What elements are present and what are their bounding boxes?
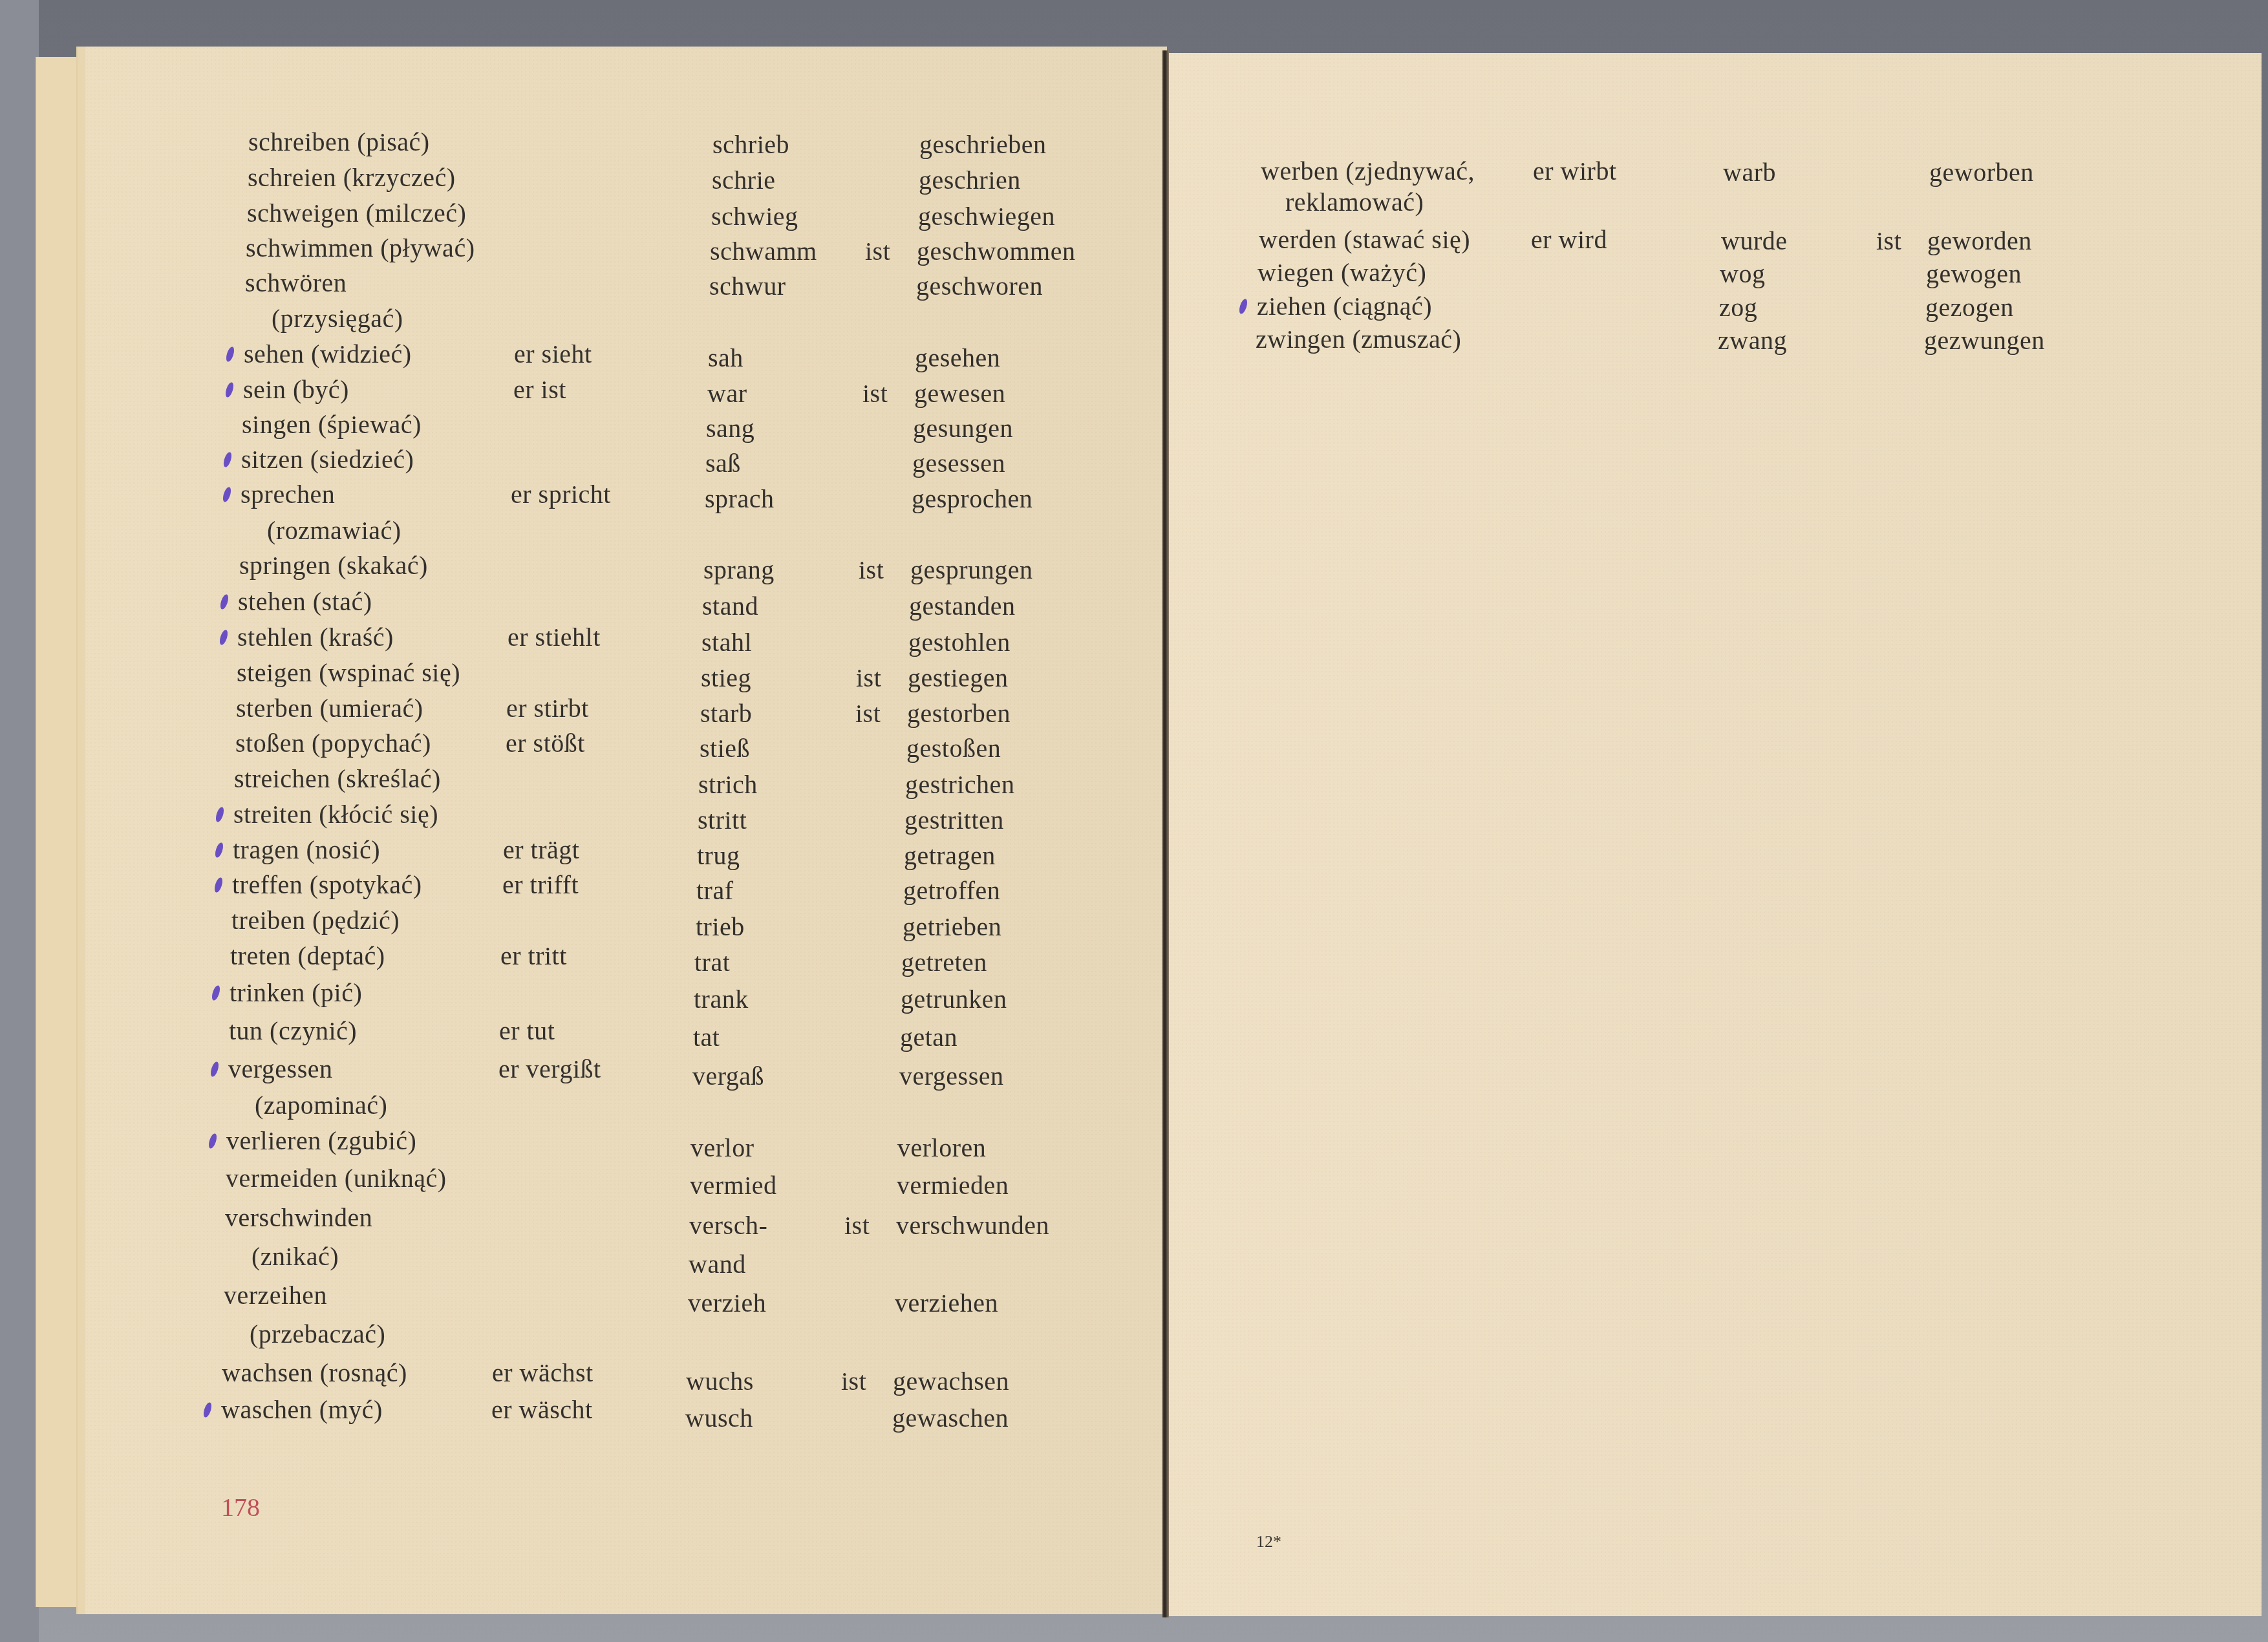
infinitive-cell: (rozmawiać) <box>267 518 401 544</box>
infinitive-cell: stoßen (popychać) <box>235 730 431 756</box>
infinitive-cell: werden (stawać się) <box>1259 227 1470 253</box>
pen-mark-icon <box>225 346 236 363</box>
past-tense-cell: traf <box>696 878 734 904</box>
past-tense-cell: schwur <box>709 273 786 299</box>
auxiliary-cell: ist <box>856 665 881 691</box>
auxiliary-cell: ist <box>841 1369 866 1394</box>
participle-cell: vergessen <box>899 1063 1004 1089</box>
participle-cell: gestrichen <box>905 772 1014 798</box>
infinitive-cell: (zapominać) <box>255 1093 387 1118</box>
past-tense-cell: starb <box>700 701 752 727</box>
pen-mark-icon <box>208 1133 219 1149</box>
infinitive-cell: treffen (spotykać) <box>232 872 422 898</box>
participle-cell: gezogen <box>1925 295 2014 321</box>
pen-mark-icon <box>219 593 230 610</box>
past-tense-cell: wog <box>1720 261 1765 287</box>
infinitive-cell: streiten (kłócić się) <box>233 802 438 827</box>
participle-cell: gestanden <box>909 593 1015 619</box>
present-tense-cell: er sieht <box>514 341 592 367</box>
infinitive-cell: streichen (skreślać) <box>234 766 441 792</box>
pen-mark-icon <box>209 1061 220 1078</box>
page-number-left: 178 <box>221 1495 260 1520</box>
present-tense-cell: er spricht <box>511 482 611 507</box>
present-tense-cell: er wächst <box>492 1360 594 1386</box>
present-tense-cell: er tut <box>499 1018 555 1044</box>
past-tense-cell: stieg <box>701 665 751 691</box>
auxiliary-cell: ist <box>859 557 884 583</box>
infinitive-cell: sterben (umierać) <box>236 696 423 721</box>
infinitive-cell: wachsen (rosnąć) <box>222 1360 407 1386</box>
participle-cell: getan <box>900 1025 957 1050</box>
past-tense-cell: trank <box>694 986 749 1012</box>
infinitive-cell: treten (deptać) <box>230 943 385 969</box>
infinitive-cell: schweigen (milczeć) <box>247 200 466 226</box>
past-tense-cell: zog <box>1719 295 1757 321</box>
past-tense-cell: zwang <box>1718 328 1787 354</box>
past-tense-cell: trieb <box>696 914 745 940</box>
participle-cell: gesprochen <box>912 486 1032 512</box>
infinitive-cell: schreiben (pisać) <box>248 129 430 155</box>
infinitive-cell: sitzen (siedzieć) <box>241 447 414 473</box>
past-tense-cell: saß <box>705 451 741 476</box>
pen-mark-icon <box>202 1402 213 1418</box>
infinitive-cell: verlieren (zgubić) <box>226 1128 416 1154</box>
infinitive-cell: verschwinden <box>225 1205 372 1231</box>
participle-cell: gestoßen <box>906 736 1001 762</box>
participle-cell: getroffen <box>903 878 1000 904</box>
participle-cell: geschwommen <box>917 239 1075 264</box>
infinitive-cell: werben (zjednywać, <box>1261 158 1475 184</box>
infinitive-cell: waschen (myć) <box>221 1397 383 1423</box>
participle-cell: gewogen <box>1926 261 2022 287</box>
participle-cell: gestritten <box>904 807 1004 833</box>
pen-mark-icon <box>211 985 222 1001</box>
infinitive-cell: (przebaczać) <box>250 1321 385 1347</box>
participle-cell: geschwiegen <box>918 204 1055 229</box>
participle-cell: getrunken <box>901 986 1007 1012</box>
past-tense-cell: versch- <box>689 1213 767 1239</box>
participle-cell: gestorben <box>907 701 1011 727</box>
participle-cell: vermieden <box>897 1173 1009 1199</box>
past-tense-cell: verzieh <box>688 1290 766 1316</box>
pen-mark-icon <box>214 842 225 858</box>
infinitive-cell: (znikać) <box>251 1244 339 1270</box>
present-tense-cell: er wird <box>1531 227 1607 253</box>
infinitive-cell: vergessen <box>228 1056 333 1082</box>
participle-cell: gezwungen <box>1924 328 2045 354</box>
pen-mark-icon <box>222 486 233 503</box>
participle-cell: getragen <box>904 843 996 869</box>
past-tense-cell: wusch <box>685 1405 753 1431</box>
present-tense-cell: er vergißt <box>498 1056 601 1082</box>
past-tense-cell: trat <box>694 950 730 976</box>
infinitive-cell: zwingen (zmuszać) <box>1256 326 1461 352</box>
infinitive-cell: singen (śpiewać) <box>242 412 422 438</box>
participle-cell: geworben <box>1929 160 2034 186</box>
infinitive-cell: sehen (widzieć) <box>244 341 412 367</box>
participle-cell: geworden <box>1927 228 2032 254</box>
past-tense-cell: vermied <box>690 1173 777 1199</box>
pen-mark-icon <box>215 806 226 823</box>
participle-cell: geschrien <box>919 167 1021 193</box>
infinitive-cell: steigen (wspinać się) <box>237 660 460 686</box>
participle-cell: gewaschen <box>892 1405 1009 1431</box>
page-number-right: 12* <box>1256 1533 1281 1550</box>
past-tense-cell: wand <box>689 1252 746 1277</box>
auxiliary-cell: ist <box>844 1213 870 1239</box>
book-gutter <box>1162 50 1169 1617</box>
present-tense-cell: er wäscht <box>491 1397 593 1423</box>
pen-mark-icon <box>222 451 233 468</box>
participle-cell: geschrieben <box>919 132 1047 158</box>
present-tense-cell: er trifft <box>502 872 579 898</box>
right-page: 12* werben (zjednywać,er wirbtwarbgeworb… <box>1169 53 2262 1616</box>
past-tense-cell: sang <box>706 416 754 442</box>
participle-cell: gewesen <box>914 381 1005 407</box>
past-tense-cell: schwieg <box>711 204 798 229</box>
pen-mark-icon <box>1238 298 1249 315</box>
infinitive-cell: treiben (pędzić) <box>231 908 400 933</box>
auxiliary-cell: ist <box>865 239 890 264</box>
participle-cell: verloren <box>897 1135 986 1161</box>
past-tense-cell: wuchs <box>686 1369 754 1394</box>
infinitive-cell: springen (skakać) <box>239 553 428 579</box>
participle-cell: getreten <box>901 950 987 976</box>
auxiliary-cell: ist <box>862 381 888 407</box>
infinitive-cell: stehen (stać) <box>238 589 372 615</box>
past-tense-cell: strich <box>698 772 758 798</box>
infinitive-cell: stehlen (kraść) <box>237 624 394 650</box>
present-tense-cell: er stößt <box>506 730 585 756</box>
auxiliary-cell: ist <box>1876 228 1901 254</box>
past-tense-cell: trug <box>697 843 740 869</box>
infinitive-cell: sein (być) <box>243 377 349 403</box>
infinitive-cell: tragen (nosić) <box>233 837 380 863</box>
infinitive-cell: vermeiden (uniknąć) <box>226 1166 447 1191</box>
present-tense-cell: er wirbt <box>1533 158 1617 184</box>
infinitive-cell: schreien (krzyczeć) <box>248 165 456 191</box>
left-page: 178 schreiben (pisać)schriebgeschriebens… <box>76 47 1167 1614</box>
participle-cell: gesprungen <box>910 557 1032 583</box>
past-tense-cell: sah <box>708 345 744 371</box>
past-tense-cell: sprang <box>703 557 775 583</box>
past-tense-cell: vergaß <box>692 1063 764 1089</box>
infinitive-cell: ziehen (ciągnąć) <box>1257 293 1432 319</box>
infinitive-cell: reklamować) <box>1285 189 1424 215</box>
infinitive-cell: sprechen <box>241 482 335 507</box>
present-tense-cell: er trägt <box>503 837 579 863</box>
past-tense-cell: schrie <box>712 167 776 193</box>
infinitive-cell: verzeihen <box>224 1283 327 1308</box>
participle-cell: gesessen <box>912 451 1005 476</box>
participle-cell: geschworen <box>916 273 1043 299</box>
infinitive-cell: trinken (pić) <box>230 980 362 1006</box>
auxiliary-cell: ist <box>855 701 881 727</box>
present-tense-cell: er ist <box>513 377 566 403</box>
participle-cell: verziehen <box>895 1290 998 1316</box>
past-tense-cell: stand <box>702 593 758 619</box>
infinitive-cell: wiegen (ważyć) <box>1257 260 1426 286</box>
past-tense-cell: wurde <box>1721 228 1787 254</box>
past-tense-cell: verlor <box>690 1135 754 1161</box>
past-tense-cell: tat <box>693 1025 720 1050</box>
past-tense-cell: war <box>707 381 747 407</box>
past-tense-cell: sprach <box>705 486 774 512</box>
participle-cell: gestohlen <box>908 630 1011 656</box>
past-tense-cell: stahl <box>701 630 752 656</box>
participle-cell: gestiegen <box>908 665 1009 691</box>
past-tense-cell: schrieb <box>712 132 789 158</box>
participle-cell: gesehen <box>915 345 1000 371</box>
participle-cell: gewachsen <box>893 1369 1009 1394</box>
participle-cell: verschwunden <box>896 1213 1049 1239</box>
past-tense-cell: stieß <box>700 736 750 762</box>
infinitive-cell: tun (czynić) <box>229 1018 357 1044</box>
participle-cell: gesungen <box>913 416 1013 442</box>
pen-mark-icon <box>224 381 235 398</box>
pen-mark-icon <box>213 877 224 893</box>
present-tense-cell: er stirbt <box>506 696 589 721</box>
present-tense-cell: er tritt <box>500 943 567 969</box>
pen-mark-icon <box>219 629 230 646</box>
scanner-background <box>0 0 39 1642</box>
present-tense-cell: er stiehlt <box>508 624 601 650</box>
infinitive-cell: (przysięgać) <box>272 306 403 332</box>
infinitive-cell: schwimmen (pływać) <box>246 235 475 261</box>
past-tense-cell: stritt <box>698 807 747 833</box>
past-tense-cell: warb <box>1723 160 1776 186</box>
participle-cell: getrieben <box>903 914 1001 940</box>
infinitive-cell: schwören <box>245 270 347 296</box>
past-tense-cell: schwamm <box>710 239 817 264</box>
